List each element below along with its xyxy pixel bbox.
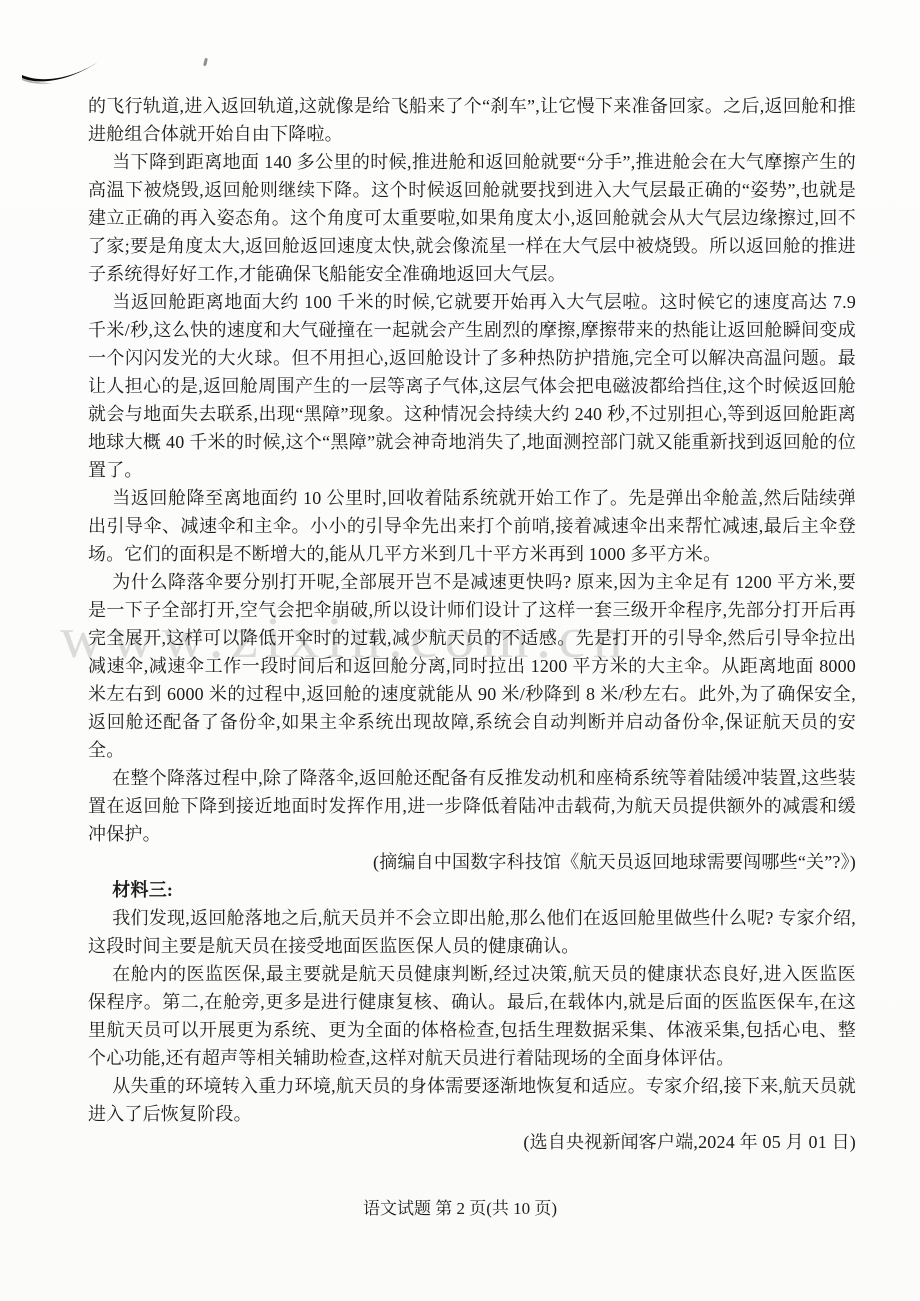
paragraph: 在整个降落过程中,除了降落伞,返回舱还配备有反推发动机和座椅系统等着陆缓冲装置,… <box>88 764 856 848</box>
pen-stroke-artifact <box>18 56 103 88</box>
scanned-exam-page: www.zixin.com.cn 的飞行轨道,进入返回轨道,这就像是给飞船来了个… <box>0 0 920 1301</box>
paragraph: 为什么降落伞要分别打开呢,全部展开岂不是减速更快吗? 原来,因为主伞足有 120… <box>88 568 856 764</box>
paragraph: 当下降到距离地面 140 多公里的时候,推进舱和返回舱就要“分手”,推进舱会在大… <box>88 148 856 288</box>
page-footer: 语文试题 第 2 页(共 10 页) <box>0 1194 920 1219</box>
source-attribution: (摘编自中国数字科技馆《航天员返回地球需要闯哪些“关”?》) <box>88 848 856 876</box>
paragraph-continuation: 的飞行轨道,进入返回轨道,这就像是给飞船来了个“刹车”,让它慢下来准备回家。之后… <box>88 92 856 148</box>
document-body: 的飞行轨道,进入返回轨道,这就像是给飞船来了个“刹车”,让它慢下来准备回家。之后… <box>88 92 856 1156</box>
paragraph: 当返回舱降至离地面约 10 公里时,回收着陆系统就开始工作了。先是弹出伞舱盖,然… <box>88 484 856 568</box>
paragraph: 当返回舱距离地面大约 100 千米的时候,它就要开始再入大气层啦。这时候它的速度… <box>88 288 856 484</box>
material-3-heading: 材料三: <box>88 876 856 904</box>
paragraph: 在舱内的医监医保,最主要就是航天员健康判断,经过决策,航天员的健康状态良好,进入… <box>88 960 856 1072</box>
paragraph: 我们发现,返回舱落地之后,航天员并不会立即出舱,那么他们在返回舱里做些什么呢? … <box>88 904 856 960</box>
source-attribution: (选自央视新闻客户端,2024 年 05 月 01 日) <box>88 1128 856 1156</box>
paragraph: 从失重的环境转入重力环境,航天员的身体需要逐渐地恢复和适应。专家介绍,接下来,航… <box>88 1072 856 1128</box>
scan-speck-artifact <box>203 58 208 66</box>
